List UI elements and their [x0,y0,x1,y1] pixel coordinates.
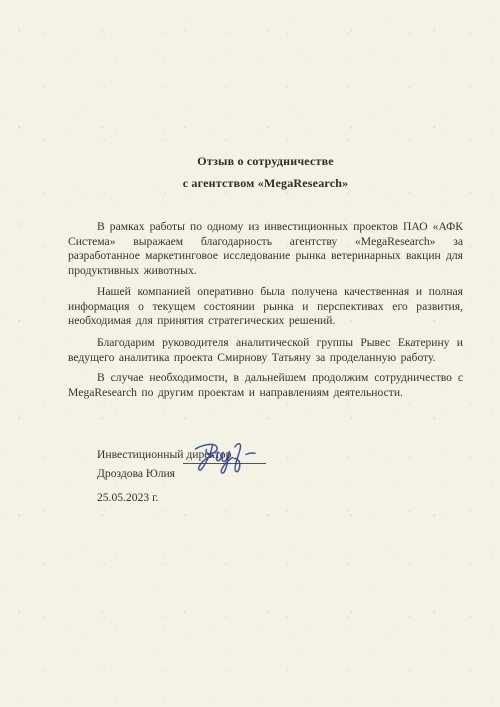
signer-position: Инвестиционный директор [97,447,463,462]
letter-body: Отзыв о сотрудничестве с агентством «Meg… [68,0,463,505]
letter-date: 25.05.2023 г. [97,490,463,505]
handwritten-signature-icon [190,439,270,481]
signer-name: Дроздова Юлия [97,466,463,481]
paragraph-information: Нашей компанией оперативно была получена… [68,285,463,329]
paragraph-thanks: Благодарим руководителя аналитической гр… [68,336,463,365]
letter-title-line2: с агентством «MegaResearch» [68,176,463,190]
letter-title-line1: Отзыв о сотрудничестве [68,154,463,168]
signature-block: Инвестиционный директор Дроздова Юлия 25… [97,447,463,505]
paragraph-future: В случае необходимости, в дальнейшем про… [68,371,463,400]
letter-page: Отзыв о сотрудничестве с агентством «Meg… [0,0,500,707]
paragraph-intro: В рамках работы по одному из инвестицион… [68,220,463,279]
